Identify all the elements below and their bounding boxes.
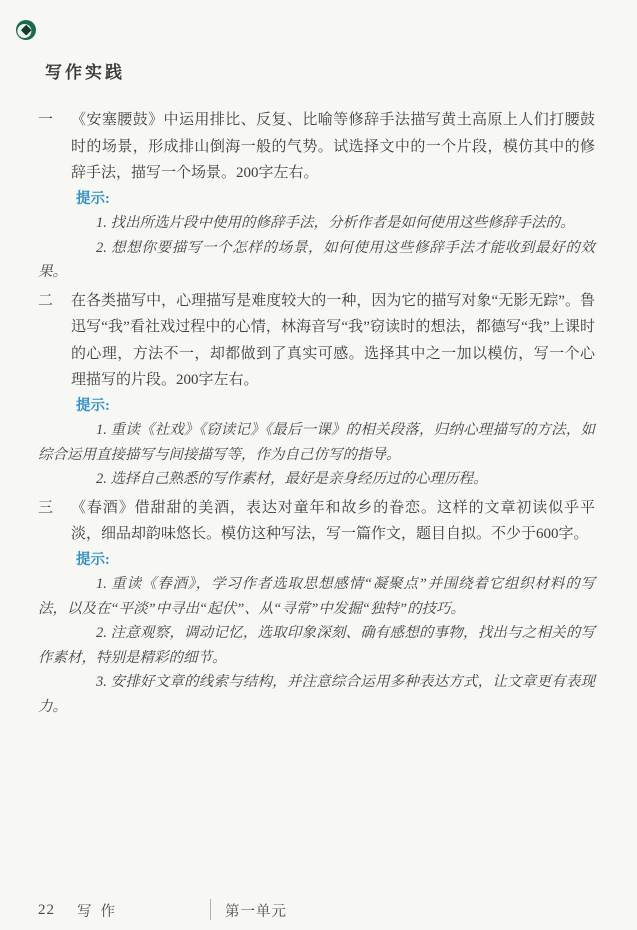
footer-unit-label: 第一单元 (225, 900, 287, 921)
exercise-section-3: 三 《春酒》借甜甜的美酒，表达对童年和故乡的眷恋。这样的文章初读似乎平淡，细品却… (38, 495, 595, 720)
footer-chapter-label: 写作 (77, 900, 124, 921)
section-number: 二 (38, 288, 71, 310)
section-body: 在各类描写中，心理描写是难度较大的一种，因为它的描写对象“无影无踪”。鲁迅写“我… (71, 288, 595, 394)
exercise-section-2: 二 在各类描写中，心理描写是难度较大的一种，因为它的描写对象“无影无踪”。鲁迅写… (38, 288, 595, 492)
page-title: 写作实践 (45, 58, 595, 83)
footer-divider (210, 899, 211, 920)
publisher-logo-icon (15, 19, 37, 41)
section-body: 《春酒》借甜甜的美酒，表达对童年和故乡的眷恋。这样的文章初读似乎平淡，细品却韵味… (71, 495, 595, 548)
hint-item: 1. 找出所选片段中使用的修辞手法，分析作者是如何使用这些修辞手法的。 (38, 211, 595, 236)
textbook-page: 写作实践 一 《安塞腰鼓》中运用排比、反复、比喻等修辞手法描写黄土高原上人们打腰… (0, 0, 637, 930)
hint-item: 1. 重读《春酒》，学习作者选取思想感情“凝聚点”并围绕着它组织材料的写法，以及… (38, 572, 595, 621)
hint-label: 提示: (76, 187, 595, 212)
exercise-section-1: 一 《安塞腰鼓》中运用排比、反复、比喻等修辞手法描写黄土高原上人们打腰鼓时的场景… (38, 107, 595, 285)
hint-item: 2. 注意观察，调动记忆，选取印象深刻、确有感想的事物，找出与之相关的写作素材，… (38, 621, 595, 670)
page-footer: 22 写作 第一单元 (38, 900, 595, 921)
section-body: 《安塞腰鼓》中运用排比、反复、比喻等修辞手法描写黄土高原上人们打腰鼓时的场景，形… (71, 107, 595, 187)
hint-item: 2. 选择自己熟悉的写作素材，最好是亲身经历过的心理历程。 (38, 467, 595, 492)
hint-label: 提示: (76, 548, 595, 573)
hint-item: 3. 安排好文章的线索与结构，并注意综合运用多种表达方式，让文章更有表现力。 (38, 670, 595, 719)
hint-item: 2. 想想你要描写一个怎样的场景，如何使用这些修辞手法才能收到最好的效果。 (38, 236, 595, 285)
section-number: 一 (38, 107, 71, 129)
footer-page-number: 22 (38, 902, 55, 919)
hint-label: 提示: (76, 394, 595, 419)
section-number: 三 (38, 495, 71, 517)
hint-item: 1. 重读《社戏》《窃读记》《最后一课》的相关段落，归纳心理描写的方法，如综合运… (38, 418, 595, 467)
